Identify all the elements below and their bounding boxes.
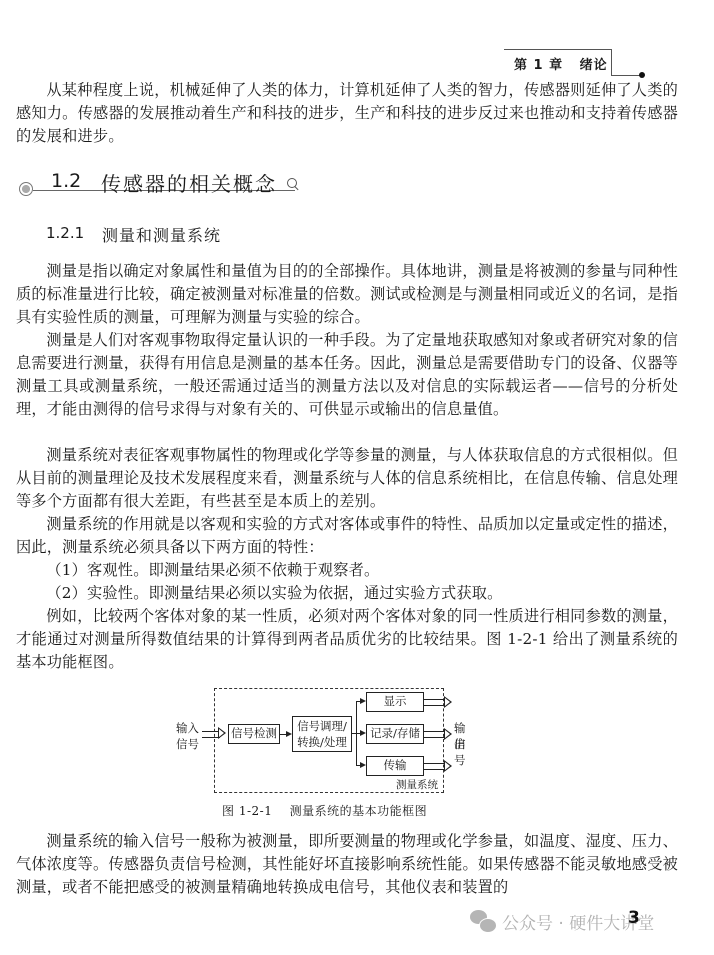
- block-signal-processing: 信号调理/ 转换/处理: [292, 716, 352, 752]
- input-label: 信号: [176, 736, 199, 752]
- output-arrow: [424, 699, 446, 706]
- magnifier-icon: [287, 178, 297, 188]
- header-rule-vertical: [611, 49, 612, 76]
- block-transmission: 传输: [366, 756, 424, 776]
- output-arrowhead-icon: [444, 728, 452, 740]
- subsection-title: 测量和测量系统: [102, 223, 221, 246]
- input-label: 输入: [176, 720, 199, 736]
- paragraph: 测量系统的作用就是以客观和实验的方式对客体或事件的特性、品质加以定量或定性的描述…: [16, 513, 678, 559]
- paragraph: 测量是指以确定对象属性和量值为目的的全部操作。具体地讲，测量是将被测的参量与同种…: [16, 260, 678, 329]
- output-label: 信号: [454, 736, 476, 768]
- subsection-number: 1.2.1: [46, 224, 84, 242]
- system-label: 测量系统: [396, 777, 438, 793]
- output-arrowhead-icon: [444, 760, 452, 772]
- measurement-system-diagram: 输入 信号 信号检测 信号调理/ 转换/处理 显示 记录/存储 传输 输出 信号…: [176, 686, 476, 796]
- output-arrow: [424, 731, 446, 738]
- paragraph: 测量是人们对客观事物取得定量认识的一种手段。为了定量地获取感知对象或者研究对象的…: [16, 329, 678, 421]
- section-title: 传感器的相关概念: [101, 168, 277, 197]
- header-dot-icon: [639, 72, 645, 78]
- wechat-icon: [470, 910, 496, 932]
- chapter-title: 第 1 章 绪论: [514, 54, 608, 73]
- paragraph: 测量系统的输入信号一般称为被测量，即所要测量的物理或化学参量，如温度、湿度、压力…: [16, 830, 678, 899]
- section-number: 1.2: [51, 170, 81, 192]
- bullet-circle-icon: [19, 182, 33, 196]
- page-number: 3: [628, 908, 640, 928]
- intro-paragraph: 从某种程度上说，机械延伸了人类的体力，计算机延伸了人类的智力，传感器则延伸了人类…: [16, 79, 678, 148]
- output-arrow: [424, 763, 446, 770]
- section-heading: 1.2 传感器的相关概念: [15, 168, 305, 198]
- list-item: （2）实验性。即测量结果必须以实验为依据，通过实验方式获取。: [16, 582, 678, 605]
- figure-caption: 图 1-2-1 测量系统的基本功能框图: [222, 802, 427, 819]
- output-arrowhead-icon: [444, 696, 452, 708]
- chapter-header: 第 1 章 绪论: [500, 34, 660, 74]
- watermark: 公众号 · 硬件大讲堂: [470, 906, 654, 936]
- header-rule-tail: [611, 75, 641, 76]
- block-signal-detection: 信号检测: [228, 724, 280, 744]
- block-record-storage: 记录/存储: [366, 724, 424, 744]
- paragraph: 例如，比较两个客体对象的某一性质，必须对两个客体对象的同一性质进行相同参数的测量…: [16, 605, 678, 674]
- input-arrowhead-icon: [218, 727, 226, 739]
- paragraph: 测量系统对表征客观事物属性的物理或化学等参量的测量，与人体获取信息的方式很相似。…: [16, 444, 678, 513]
- list-item: （1）客观性。即测量结果必须不依赖于观察者。: [16, 559, 678, 582]
- block-label: 信号调理/: [293, 718, 351, 734]
- header-rule: [504, 49, 612, 50]
- block-display: 显示: [366, 692, 424, 712]
- block-label: 转换/处理: [293, 734, 351, 750]
